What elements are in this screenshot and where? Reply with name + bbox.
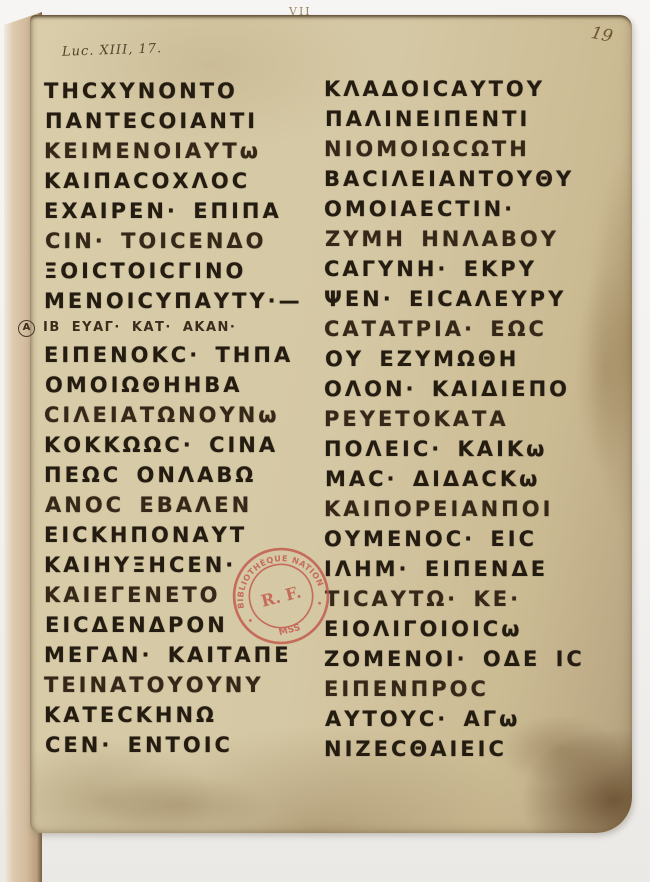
manuscript-line: ΕΙΠΕΝΠΡΟC: [324, 674, 624, 704]
manuscript-line: ΑΥΤΟΥC· ΑΓω: [325, 704, 625, 734]
manuscript-line: ΟΛΟΝ· ΚΑΙΔΙΕΠΟ: [324, 374, 624, 404]
manuscript-line: ΡΕΥΕΤΟΚΑΤΑ: [324, 404, 624, 434]
manuscript-line: ΟΜΟΙΑΕCΤΙΝ·: [324, 194, 624, 224]
quire-mark: VII: [289, 5, 312, 18]
manuscript-line: ΖΥΜΗ ΗΝΛΑΒΟΥ: [325, 224, 625, 254]
margin-mark-circled: Α: [18, 320, 35, 337]
manuscript-line: ΜΑC· ΔΙΔΑCΚω: [325, 464, 625, 494]
manuscript-line: ΟΥΜΕΝΟC· ΕΙC: [324, 524, 624, 554]
manuscript-line: ΚΑΙΠΟΡΕΙΑΝΠΟΙ: [324, 494, 624, 524]
manuscript-line: ΟΥ ΕΖΥΜΩΘΗ: [325, 344, 625, 374]
manuscript-line: ΤΗCΧΥΝΟΝΤΟ: [44, 76, 326, 106]
stamp-center-text: R. F.: [259, 582, 303, 610]
manuscript-line: CΑΓΥΝΗ· ΕΚΡΥ: [324, 254, 624, 284]
manuscript-line: ΤΕΙΝΑΤΟΥΟΥΝΥ: [44, 670, 326, 700]
manuscript-line: ΕΧΑΙΡΕΝ· ΕΠΙΠΑ: [44, 196, 326, 226]
stamp-dot: [318, 601, 321, 604]
manuscript-line: ΚΟΚΚΩΩC· CΙΝΑ: [44, 430, 326, 460]
manuscript-line: ΝΙΖΕCΘΑΙΕΙC: [324, 734, 624, 764]
manuscript-line: ΒΑCΙΛΕΙΑΝΤΟΥΘΥ: [324, 164, 624, 194]
manuscript-line: ΚΕΙΜΕΝΟΙΑΥΤω: [44, 136, 326, 166]
rubric-text: ΙΒ ΕΥΑΓ· ΚΑΤ· ΑΚΑΝ·: [43, 317, 236, 339]
stamp-bottom-text: MSS: [278, 622, 302, 638]
manuscript-line: ΚΑΤΕCΚΗΝΩ: [44, 700, 326, 730]
manuscript-line: ΕΙΟΛΙΓΟΙΟΙCω: [324, 614, 624, 644]
manuscript-line: ΠΕΩC ΟΝΛΑΒΩ: [44, 460, 326, 490]
manuscript-line: ΚΑΙΠΑCΟΧΛΟC: [44, 166, 326, 196]
text-column-left: ΤΗCΧΥΝΟΝΤΟΠΑΝΤΕCΟΙΑΝΤΙΚΕΙΜΕΝΟΙΑΥΤωΚΑΙΠΑC…: [44, 76, 326, 760]
text-column-right: ΚΛΑΔΟΙCΑΥΤΟΥΠΑΛΙΝΕΙΠΕΝΤΙΝΙΟΜΟΙΩCΩΤΗΒΑCΙΛ…: [324, 74, 624, 764]
manuscript-line: ΖΟΜΕΝΟΙ· ΟΔΕ ΙC: [324, 644, 624, 674]
manuscript-line: ΞΟΙCΤΟΙCΓΙΝΟ: [44, 256, 326, 286]
manuscript-line: ΤΙCΑΥΤΩ· ΚΕ·: [325, 584, 625, 614]
manuscript-line: CΑΤΑΤΡΙΑ· ΕΩC: [324, 314, 624, 344]
manuscript-line: ΚΛΑΔΟΙCΑΥΤΟΥ: [324, 74, 624, 104]
manuscript-line: CΙΝ· ΤΟΙCΕΝΔΟ: [45, 226, 327, 256]
stamp-dot: [249, 619, 252, 622]
manuscript-line: ΕΙΠΕΝΟΚC· ΤΗΠΑ: [44, 340, 326, 370]
manuscript-line: ΝΙΟΜΟΙΩCΩΤΗ: [324, 134, 624, 164]
left-column-upper-lines: ΤΗCΧΥΝΟΝΤΟΠΑΝΤΕCΟΙΑΝΤΙΚΕΙΜΕΝΟΙΑΥΤωΚΑΙΠΑC…: [44, 76, 326, 316]
parchment-stain: [90, 775, 270, 835]
manuscript-line: ΜΕΝΟΙCΥΠΑΥΤΥ·—: [44, 286, 326, 316]
manuscript-photo: { "page": { "quire_mark": "VII", "annota…: [0, 0, 650, 882]
manuscript-line: ΨΕΝ· ΕΙCΑΛΕΥΡΥ: [324, 284, 624, 314]
manuscript-line: ΙΛΗΜ· ΕΙΠΕΝΔΕ: [324, 554, 624, 584]
manuscript-line: CΙΛΕΙΑΤΩΝΟΥΝω: [44, 400, 326, 430]
folio-number: 19: [589, 23, 614, 47]
rubric-line: Α ΙΒ ΕΥΑΓ· ΚΑΤ· ΑΚΑΝ·: [44, 316, 326, 340]
manuscript-line: ΠΑΛΙΝΕΙΠΕΝΤΙ: [325, 104, 625, 134]
manuscript-line: ΠΑΝΤΕCΟΙΑΝΤΙ: [45, 106, 327, 136]
manuscript-line: ΟΜΟΙΩΘΗΗΒΑ: [45, 370, 327, 400]
manuscript-line: ΠΟΛΕΙC· ΚΑΙΚω: [324, 434, 624, 464]
manuscript-line: CΕΝ· ΕΝΤΟΙC: [45, 730, 327, 760]
manuscript-line: ΑΝΟC ΕΒΑΛΕΝ: [45, 490, 327, 520]
